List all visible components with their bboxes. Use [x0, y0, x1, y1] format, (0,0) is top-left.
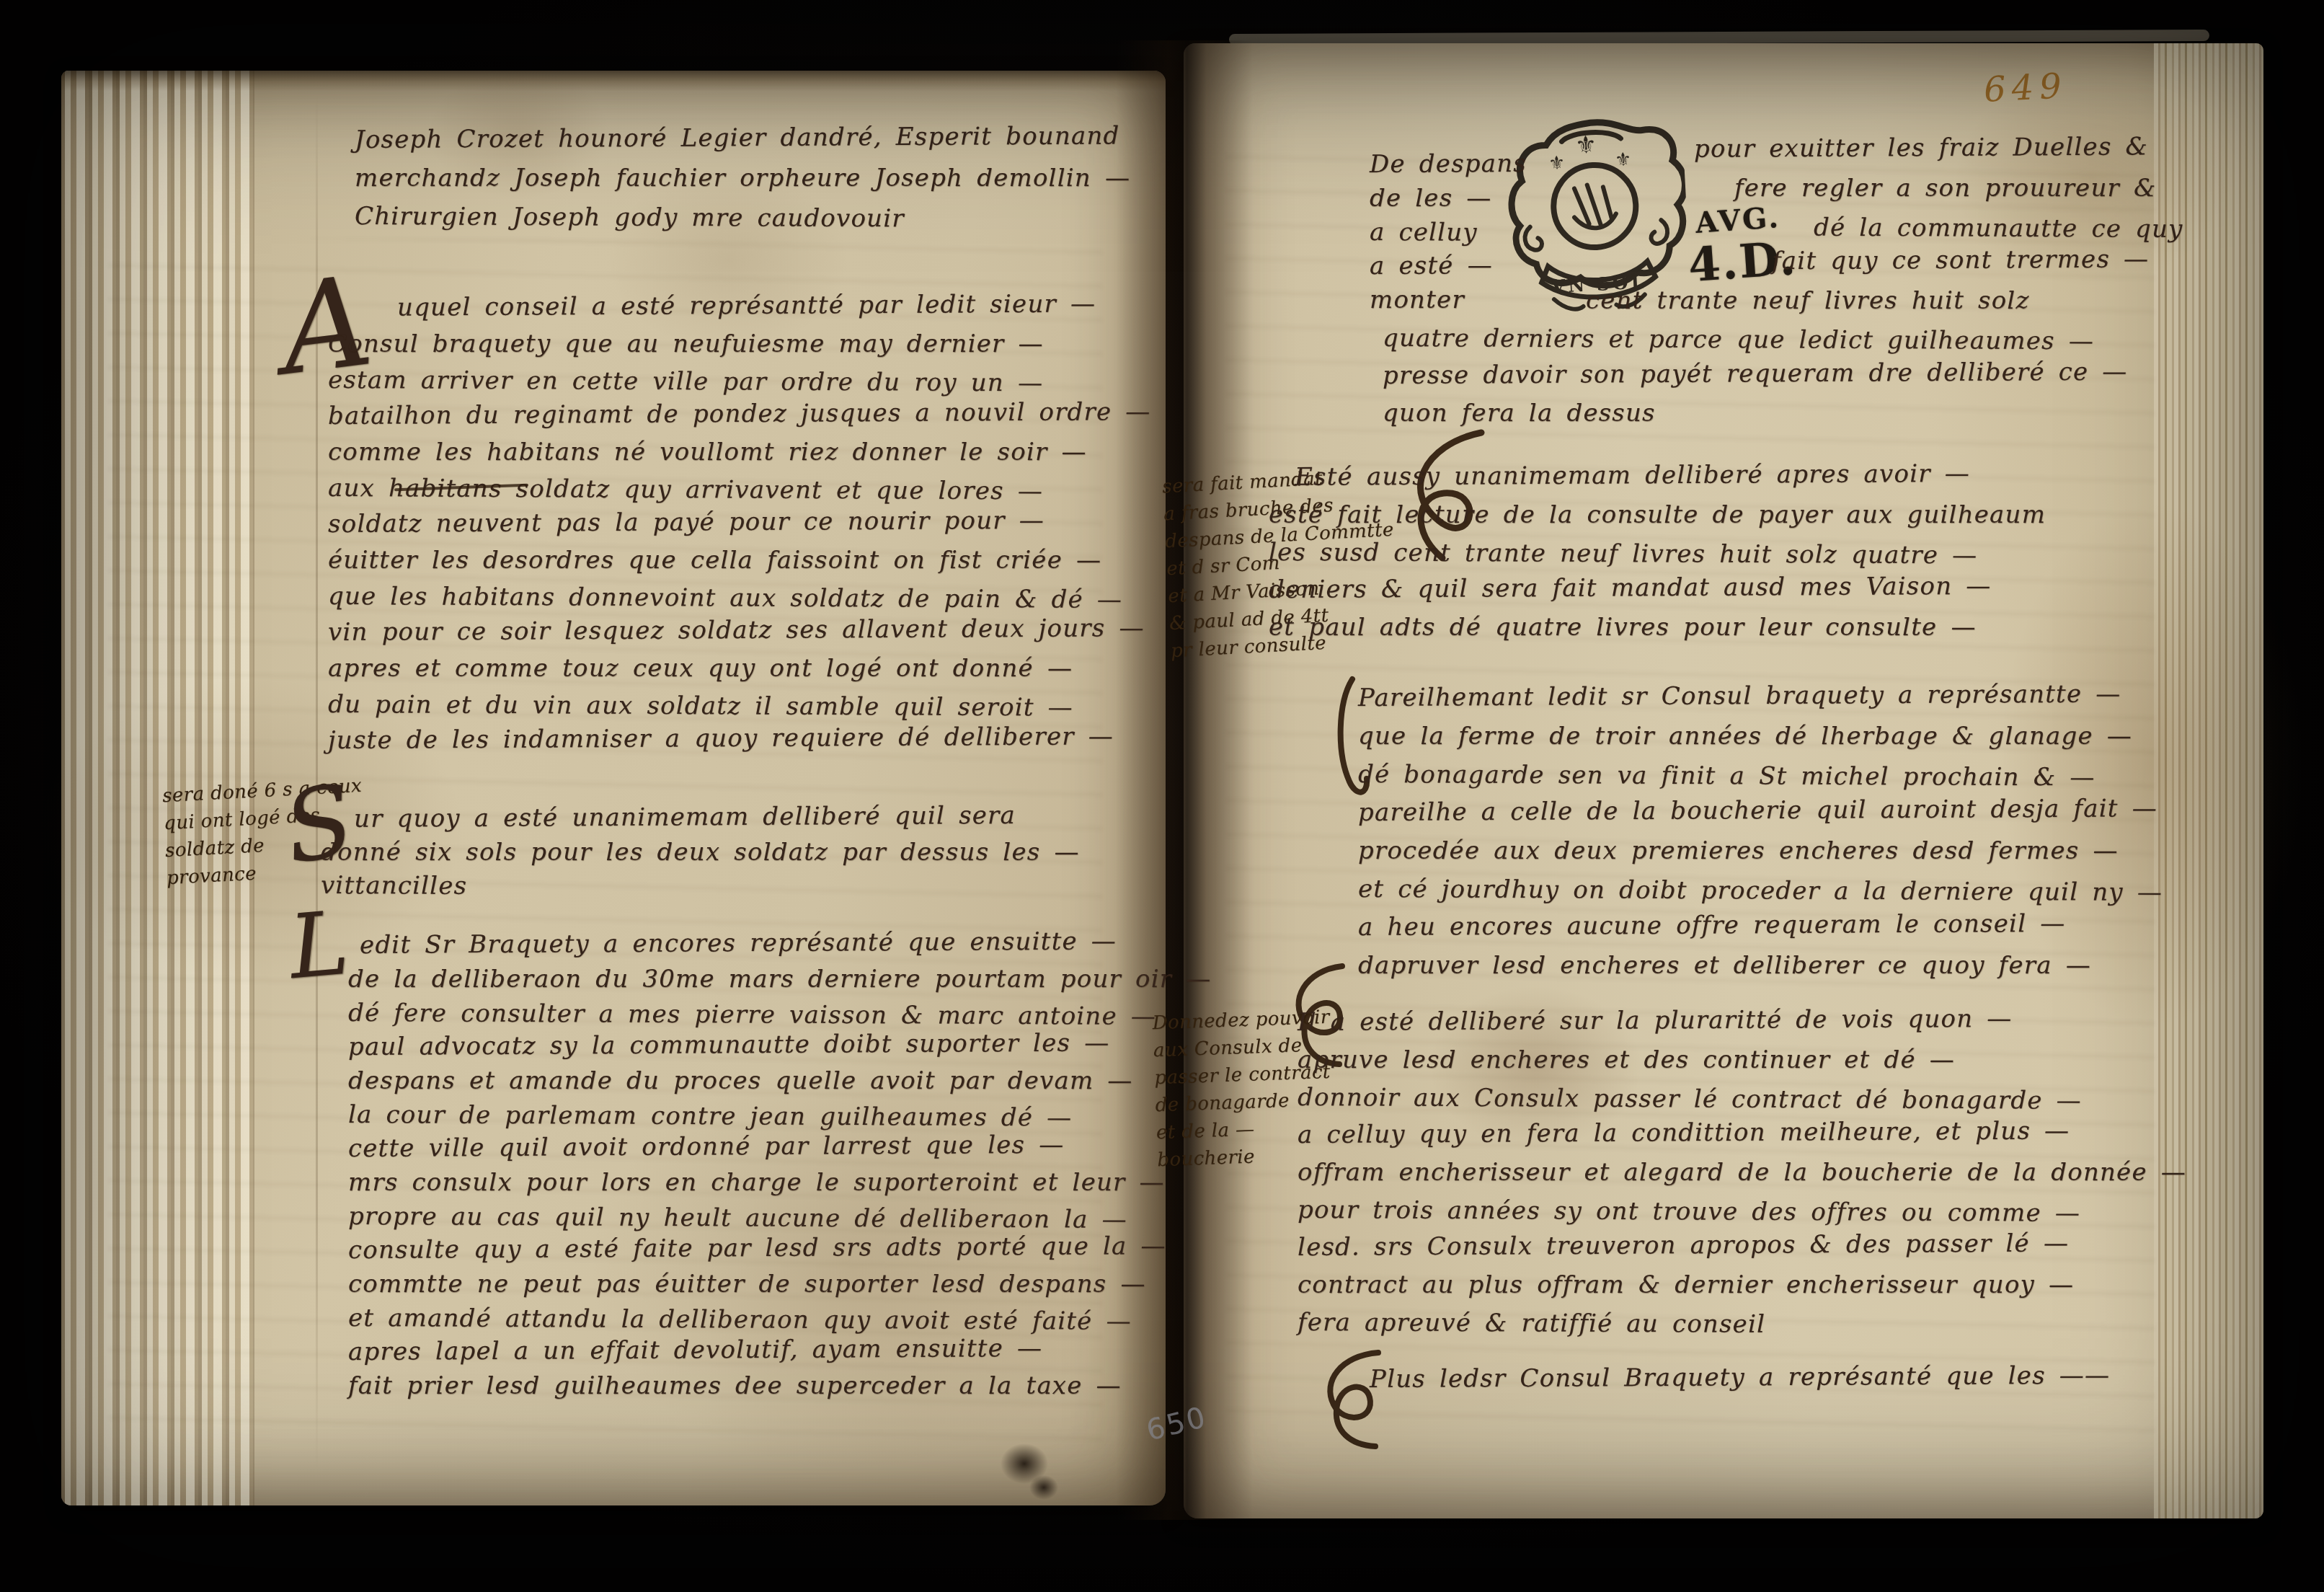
manuscript-line: fere regler a son prouureur &: [1383, 169, 2183, 207]
closing-line: Plus ledsr Consul Braquety a représanté …: [1370, 1361, 2110, 1397]
manuscript-line: procedée aux deux premieres encheres des…: [1358, 832, 2163, 870]
manuscript-line: éuitter les desordres que cella faissoin…: [328, 542, 1150, 578]
manuscript-line: et paul adts dé quatre livres pour leur …: [1269, 609, 2046, 646]
manuscript-line: edit Sr Braquety a encores représanté qu…: [348, 924, 1212, 963]
manuscript-line: Chirurgien Joseph gody mre caudovouir: [355, 198, 1130, 239]
manuscript-line: uquel conseil a esté représantté par led…: [328, 286, 1151, 326]
manuscript-line: que la ferme de troir années dé lherbage…: [1358, 717, 2163, 756]
manuscript-line: juste de les indamniser a quoy requiere …: [328, 718, 1151, 759]
manuscript-line: Plus ledsr Consul Braquety a représanté …: [1370, 1358, 2110, 1397]
manuscript-line: donné six sols pour les deux soldatz par…: [321, 836, 1080, 869]
paragraph-fermes-herbage-boucherie: Pareilhemant ledit sr Consul braquety a …: [1358, 679, 2163, 985]
manuscript-line: presse davoir son payét requeram dre del…: [1383, 353, 2183, 394]
manuscript-line: offram encherisseur et alegard de la bou…: [1298, 1154, 2186, 1191]
heading-names-lines: Joseph Crozet hounoré Legier dandré, Esp…: [355, 121, 1130, 236]
manuscript-line: ur quoy a esté unanimemam delliberé quil…: [321, 798, 1080, 836]
manuscript-line: comme les habitans né voullomt riez donn…: [328, 434, 1150, 470]
manuscript-line: despans et amande du proces quelle avoit…: [348, 1064, 1211, 1098]
manuscript-line: pour exuitter les fraiz Duelles &: [1383, 128, 2183, 169]
paragraph-braquety-lawsuit: edit Sr Braquety a encores représanté qu…: [348, 929, 1211, 1403]
paragraph-deliberation-six-sols: ur quoy a esté unanimemam delliberé quil…: [321, 802, 1080, 902]
manuscript-photo: Joseph Crozet hounoré Legier dandré, Esp…: [0, 0, 2324, 1592]
manuscript-line: batailhon du reginamt de pondez jusques …: [328, 394, 1151, 434]
ink-blot: [1029, 1475, 1058, 1500]
manuscript-line: Esté aussy unanimemam delliberé apres av…: [1269, 454, 2046, 496]
page-top-tear-edge: [61, 71, 1166, 91]
manuscript-line: quon fera la dessus: [1383, 394, 2183, 432]
manuscript-line: mrs consulx pour lors en charge le supor…: [348, 1166, 1211, 1200]
manuscript-line: deniers & quil sera fait mandat ausd mes…: [1269, 567, 2046, 609]
manuscript-line: esté fait lecture de la consulte de paye…: [1269, 496, 2046, 534]
manuscript-line: dapruver lesd encheres et delliberer ce …: [1358, 947, 2163, 985]
paragraph-council-report: uquel conseil a esté représantté par led…: [328, 290, 1150, 759]
manuscript-line: merchandz Joseph fauchier orpheure Josep…: [355, 159, 1130, 198]
manuscript-line: Joseph Crozet hounoré Legier dandré, Esp…: [355, 117, 1130, 159]
manuscript-line: paul advocatz sy la communautte doibt su…: [348, 1026, 1212, 1064]
paragraph-payment-order: pour exuitter les fraiz Duelles &fere re…: [1383, 132, 2183, 432]
manuscript-line: commtte ne peut pas éuitter de suporter …: [348, 1268, 1211, 1301]
manuscript-line: cent trante neuf livres huit solz: [1383, 282, 2183, 319]
manuscript-line: fait prier lesd guilheaumes dee superced…: [348, 1369, 1211, 1403]
manuscript-line: Il a esté delliberé sur la pluraritté de…: [1298, 999, 2186, 1041]
manuscript-line: a celluy quy en fera la condittion meilh…: [1298, 1112, 2186, 1154]
initial-letter-l: L: [286, 899, 352, 992]
manuscript-line: vittancilles: [321, 869, 1080, 906]
manuscript-line: lesd. srs Consulx treuveron apropos & de…: [1298, 1224, 2186, 1266]
manuscript-line: fait quy ce sont trermes —: [1383, 240, 2183, 282]
manuscript-line: de la delliberaon du 30me mars derniere …: [348, 963, 1211, 996]
folio-number: 649: [1983, 66, 2068, 110]
manuscript-line: vin pour ce soir lesquez soldatz ses all…: [328, 610, 1151, 650]
manuscript-line: contract au plus offram & dernier encher…: [1298, 1266, 2186, 1304]
manuscript-line: Pareilhemant ledit sr Consul braquety a …: [1358, 675, 2163, 717]
manuscript-line: pareilhe a celle de la boucherie quil au…: [1358, 790, 2163, 832]
manuscript-line: fera apreuvé & ratiffié au conseil: [1298, 1304, 2186, 1345]
manuscript-line: Consul braquety que au neufuiesme may de…: [328, 326, 1150, 362]
manuscript-line: apres et comme touz ceux quy ont logé on…: [328, 650, 1150, 686]
manuscript-line: apres lapel a un effait devolutif, ayam …: [348, 1331, 1212, 1369]
manuscript-line: soldatz neuvent pas la payé pour ce nour…: [328, 502, 1151, 542]
paragraph-deliberation-encheres: Il a esté delliberé sur la pluraritté de…: [1298, 1004, 2186, 1341]
manuscript-line: apruve lesd encheres et des continuer et…: [1298, 1041, 2186, 1079]
manuscript-line: a heu encores aucune offre requeram le c…: [1358, 904, 2163, 947]
manuscript-line: consulte quy a esté faite par lesd srs a…: [348, 1229, 1212, 1268]
paragraph-mandat-139-livres: Esté aussy unanimemam delliberé apres av…: [1269, 459, 2046, 646]
manuscript-line: cette ville quil avoit ordonné par larre…: [348, 1128, 1212, 1166]
